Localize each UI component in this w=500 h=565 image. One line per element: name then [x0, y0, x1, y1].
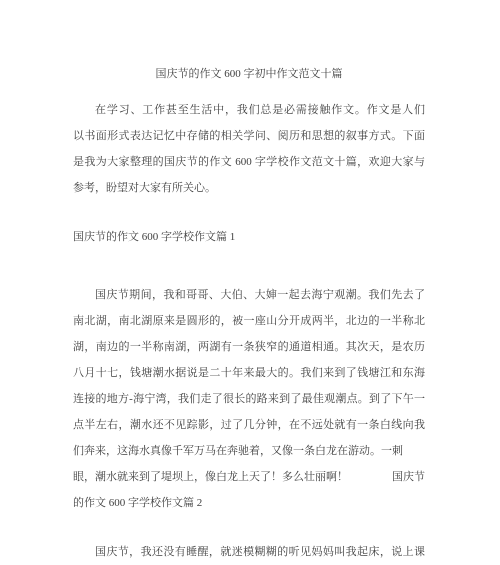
text-line: 连接的地方-海宁湾，我们走了很长的路来到了最佳观潮点。到了下午一 — [73, 386, 425, 412]
text-line: 参考，盼望对大家有所关心。 — [73, 175, 425, 201]
text-line: 是我为大家整理的国庆节的作文 600 字学校作文范文十篇，欢迎大家与 — [73, 149, 425, 175]
section-1-heading: 国庆节的作文 600 字学校作文篇 1 — [73, 224, 425, 250]
intro-paragraph: 在学习、工作甚至生活中，我们总是必需接触作文。作文是人们 以书面形式表达记忆中存… — [73, 97, 425, 201]
text-line: 们奔来，这海水真像千军万马在奔驰着，又像一条白龙在游动。一刺 — [73, 438, 425, 464]
text-line: 湖，南边的一半称南湖，两湖有一条狭窄的通道相通。其次天，是农历 — [73, 334, 425, 360]
document-page: 国庆节的作文 600 字初中作文范文十篇 在学习、工作甚至生活中，我们总是必需接… — [0, 0, 500, 565]
section-2-heading-continuation: 的作文 600 字学校作文篇 2 — [73, 490, 425, 516]
text-line: 八月十七，钱塘潮水据说是二十年来最大的。我们来到了钱塘江和东海 — [73, 360, 425, 386]
text-line: 眼，潮水就来到了堤坝上，像白龙上天了！多么壮丽啊！ 国庆节 — [73, 464, 425, 490]
text-line: 以书面形式表达记忆中存储的相关学问、阅历和思想的叙事方式。下面 — [73, 123, 425, 149]
text-line: 在学习、工作甚至生活中，我们总是必需接触作文。作文是人们 — [73, 97, 425, 123]
text-line: 国庆节期间，我和哥哥、大伯、大婶一起去海宁观潮。我们先去了 — [73, 282, 425, 308]
essay-2-paragraph: 国庆节，我还没有睡醒，就迷模糊糊的听见妈妈叫我起床，说上课 — [73, 539, 425, 565]
text-line: 点半左右，潮水还不见踪影，过了几分钟，在不远处就有一条白线向我 — [73, 412, 425, 438]
essay-1-paragraph: 国庆节期间，我和哥哥、大伯、大婶一起去海宁观潮。我们先去了 南北湖，南北湖原来是… — [73, 282, 425, 516]
page-title: 国庆节的作文 600 字初中作文范文十篇 — [73, 61, 425, 87]
document-content: 国庆节的作文 600 字初中作文范文十篇 在学习、工作甚至生活中，我们总是必需接… — [73, 0, 425, 565]
text-line: 南北湖，南北湖原来是圆形的，被一座山分开成两半，北边的一半称北 — [73, 308, 425, 334]
text-line: 国庆节，我还没有睡醒，就迷模糊糊的听见妈妈叫我起床，说上课 — [73, 539, 425, 565]
